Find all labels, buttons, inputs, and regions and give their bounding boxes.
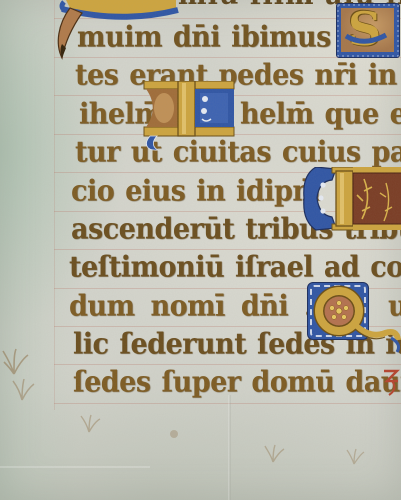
ruling-line	[54, 364, 401, 365]
text-line: teſtimoniū iſrael ad co	[69, 252, 401, 284]
text-line: ſedes ſuper domū dauid	[73, 367, 401, 399]
text-line: cio eius in idipm̄	[71, 176, 320, 208]
text-line: dum nomī dn̄i .	[69, 291, 313, 323]
initial-artwork	[142, 81, 238, 157]
show-through-tuft	[2, 348, 30, 378]
text-line: tur ut ciuitas cuius parti	[75, 137, 401, 169]
text-line: tes erant pedes nr̄i in atrij	[75, 60, 401, 92]
initial-flower-and-tail	[307, 282, 401, 354]
text-line: helm̄ que edi	[240, 99, 401, 131]
manuscript-page: mıũ ſıım aĩu ııſ mı muim dn̄i ibimus . t…	[0, 0, 401, 500]
ruling-line	[54, 249, 401, 250]
parchment-crease	[0, 466, 150, 468]
show-through-tuft	[80, 414, 102, 434]
illuminated-initial-i	[142, 81, 238, 157]
show-through-tuft	[12, 378, 36, 402]
initial-artwork	[302, 167, 401, 231]
parchment-crease	[228, 395, 231, 500]
show-through-tuft	[264, 444, 286, 464]
illuminated-initial-q	[307, 282, 401, 354]
initial-ornament	[52, 0, 180, 62]
show-through-mark	[168, 428, 180, 440]
illuminated-initial-s: S	[336, 3, 401, 61]
ruling-line	[54, 403, 401, 404]
illuminated-initial-i2	[302, 167, 401, 231]
initial-flourish	[336, 3, 400, 58]
show-through-tuft	[346, 448, 366, 466]
illuminated-initial-cropped	[52, 0, 180, 62]
